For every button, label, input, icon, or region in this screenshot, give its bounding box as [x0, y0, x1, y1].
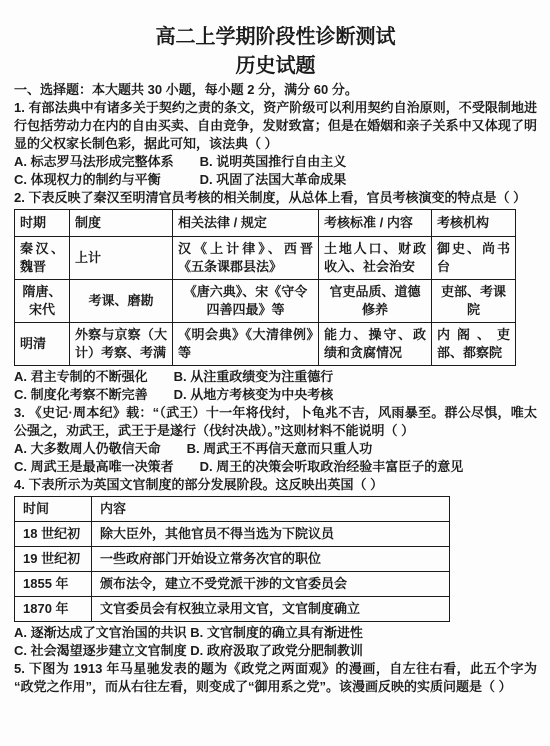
- table-cell: 官吏品质、道德修养: [319, 280, 432, 323]
- table-row: 秦汉、魏晋 上计 汉《上计律》、西晋《五条课郡县法》 土地人口、财政收入、社会治…: [15, 237, 516, 280]
- table-cell: 除大臣外，其他官员不得当选为下院议员: [92, 522, 450, 547]
- question-2-stem: 2. 下表反映了秦汉至明清官员考核的相关制度，从总体上看，官员考核演变的特点是（…: [14, 189, 537, 207]
- question-2-options-cd: C. 制度化考察不断完善 D. 从地方考核变为中央考核: [14, 386, 537, 404]
- table-cell: 18 世纪初: [15, 522, 92, 547]
- table-cell: 1870 年: [15, 597, 92, 622]
- table-cell: 颁布法令，建立不受党派干涉的文官委员会: [92, 572, 450, 597]
- table-cell: 1855 年: [15, 572, 92, 597]
- table-cell: 19 世纪初: [15, 547, 92, 572]
- question-3-options-ab: A. 大多数周人仍敬信天命 B. 周武王不再信天意而只重人功: [14, 440, 537, 458]
- table-cell: 明清: [15, 323, 70, 366]
- table-cell: 《唐六典》、宋《守令四善四最》等: [173, 280, 319, 323]
- question-3-stem: 3. 《史记·周本纪》载：“（武王）十一年将伐纣，卜龟兆不吉，风雨暴至。群公尽惧…: [14, 404, 537, 440]
- header-cell-agency: 考核机构: [432, 210, 516, 237]
- exam-title: 高二上学期阶段性诊断测试: [14, 23, 537, 52]
- question-1-options-cd: C. 体现权力的制约与平衡 D. 巩固了法国大革命成果: [14, 171, 537, 189]
- table-header-row: 时期 制度 相关法律 / 规定 考核标准 / 内容 考核机构: [15, 210, 516, 237]
- question-3-options-cd: C. 周武王是最高唯一决策者 D. 周王的决策会听取政治经验丰富臣子的意见: [14, 458, 537, 476]
- table-row: 1870 年 文官委员会有权独立录用文官，文官制度确立: [15, 597, 450, 622]
- table-cell: 《明会典》《大清律例》等: [173, 323, 319, 366]
- exam-subject: 历史试题: [14, 52, 537, 81]
- header-cell-time: 时间: [15, 497, 92, 522]
- table-cell: 内阁、吏部、都察院: [432, 323, 516, 366]
- exam-paper-page: 高二上学期阶段性诊断测试 历史试题 一、选择题：本大题共 30 小题，每小题 2…: [0, 0, 550, 746]
- table-cell: 考课、磨勘: [70, 280, 173, 323]
- table-row: 明清 外察与京察（大计）考察、考满 《明会典》《大清律例》等 能力、操守、政绩和…: [15, 323, 516, 366]
- table-row: 19 世纪初 一些政府部门开始设立常务次官的职位: [15, 547, 450, 572]
- table-header-row: 时间 内容: [15, 497, 450, 522]
- header-cell-system: 制度: [70, 210, 173, 237]
- question-1-options-ab: A. 标志罗马法形成完整体系 B. 说明英国推行自由主义: [14, 153, 537, 171]
- question-4-stem: 4. 下表所示为英国文官制度的部分发展阶段。这反映出英国（ ）: [14, 476, 537, 494]
- table-cell: 上计: [70, 237, 173, 280]
- civil-service-stages-table: 时间 内容 18 世纪初 除大臣外，其他官员不得当选为下院议员 19 世纪初 一…: [14, 496, 450, 622]
- table-cell: 土地人口、财政收入、社会治安: [319, 237, 432, 280]
- table-cell: 御史、尚书台: [432, 237, 516, 280]
- header-cell-content: 内容: [92, 497, 450, 522]
- table-cell: 隋唐、宋代: [15, 280, 70, 323]
- header-cell-criteria: 考核标准 / 内容: [319, 210, 432, 237]
- table-cell: 文官委员会有权独立录用文官，文官制度确立: [92, 597, 450, 622]
- table-cell: 秦汉、魏晋: [15, 237, 70, 280]
- table-cell: 一些政府部门开始设立常务次官的职位: [92, 547, 450, 572]
- question-2-options-ab: A. 君主专制的不断强化 B. 从注重政绩变为注重德行: [14, 368, 537, 386]
- question-4-options-ab: A. 逐渐达成了文官治国的共识 B. 文官制度的确立具有渐进性: [14, 624, 537, 642]
- table-cell: 吏部、考课院: [432, 280, 516, 323]
- table-row: 1855 年 颁布法令，建立不受党派干涉的文官委员会: [15, 572, 450, 597]
- officials-assessment-table: 时期 制度 相关法律 / 规定 考核标准 / 内容 考核机构 秦汉、魏晋 上计 …: [14, 209, 516, 366]
- table-cell: 汉《上计律》、西晋《五条课郡县法》: [173, 237, 319, 280]
- section-header: 一、选择题：本大题共 30 小题，每小题 2 分，满分 60 分。: [14, 81, 537, 99]
- header-cell-period: 时期: [15, 210, 70, 237]
- table-row: 隋唐、宋代 考课、磨勘 《唐六典》、宋《守令四善四最》等 官吏品质、道德修养 吏…: [15, 280, 516, 323]
- header-cell-laws: 相关法律 / 规定: [173, 210, 319, 237]
- table-row: 18 世纪初 除大臣外，其他官员不得当选为下院议员: [15, 522, 450, 547]
- table-cell: 外察与京察（大计）考察、考满: [70, 323, 173, 366]
- question-5-stem: 5. 下图为 1913 年马星驰发表的题为《政党之两面观》的漫画，自左往右看，此…: [14, 660, 537, 696]
- table-cell: 能力、操守、政绩和贪腐情况: [319, 323, 432, 366]
- question-1-stem: 1. 有部法典中有诸多关于契约之责的条文，资产阶级可以利用契约自治原则，不受限制…: [14, 99, 537, 153]
- question-4-options-cd: C. 社会渴望逐步建立文官制度 D. 政府汲取了政党分肥制教训: [14, 642, 537, 660]
